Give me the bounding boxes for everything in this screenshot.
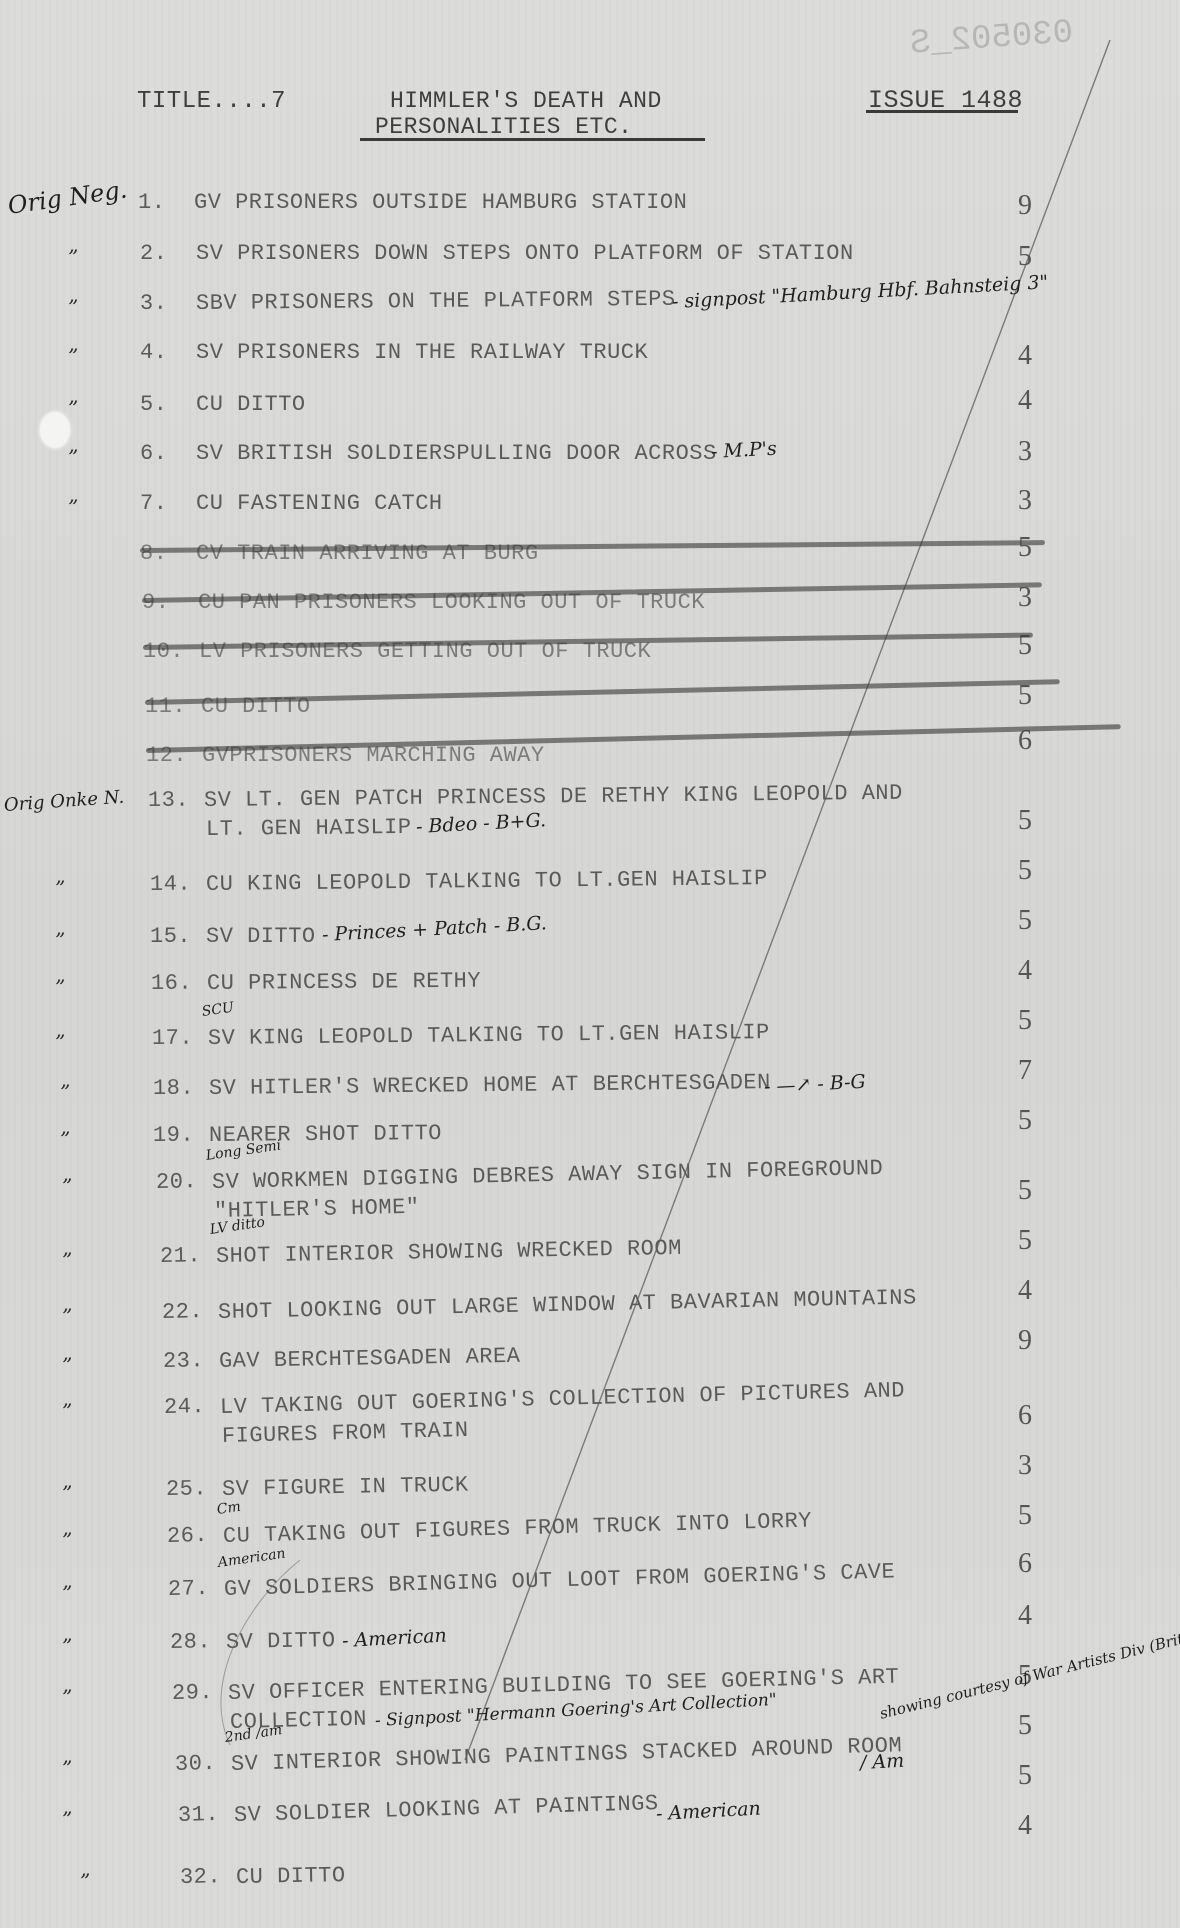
item-duration: 9 <box>1018 190 1032 222</box>
item-description-cont: LT. GEN HAISLIP <box>206 815 412 842</box>
ditto-mark: ” <box>68 245 78 269</box>
ditto-mark: ” <box>62 1685 72 1709</box>
ditto-mark: ” <box>62 1304 72 1328</box>
item-description: SV BRITISH SOLDIERSPULLING DOOR ACROSS <box>196 441 717 466</box>
item-description: CU FASTENING CATCH <box>196 491 443 516</box>
item-description: SV DITTO <box>226 1628 336 1655</box>
item-number: 5. <box>140 392 167 417</box>
item-duration: 7 <box>1018 1055 1032 1087</box>
ditto-mark: ” <box>68 495 78 519</box>
item-duration: 5 <box>1018 1710 1032 1742</box>
item-number: 28. <box>170 1629 212 1655</box>
ditto-mark: ” <box>62 1634 72 1658</box>
item-number: 19. <box>153 1123 194 1148</box>
item-duration: 5 <box>1018 1225 1032 1257</box>
item-description: CU DITTO <box>236 1863 346 1890</box>
item-duration: 6 <box>1018 1548 1032 1580</box>
ditto-mark: ” <box>68 295 78 319</box>
ditto-mark: ” <box>55 1030 65 1054</box>
item-description: CU PRINCESS DE RETHY <box>207 969 481 996</box>
item-duration: 6 <box>1018 1400 1032 1432</box>
item-description: SBV PRISONERS ON THE PLATFORM STEPS <box>196 287 676 316</box>
item-duration: 5 <box>1018 1005 1032 1037</box>
handwritten-annotation: / Am <box>859 1750 904 1774</box>
ditto-mark: ” <box>62 1248 72 1272</box>
item-number: 6. <box>140 441 167 466</box>
item-description: CU DITTO <box>196 392 306 417</box>
item-description: SV PRISONERS DOWN STEPS ONTO PLATFORM OF… <box>196 241 854 266</box>
item-number: 27. <box>168 1576 210 1602</box>
item-description: SV FIGURE IN TRUCK <box>222 1473 469 1502</box>
ditto-mark: ” <box>55 975 65 999</box>
item-description: SV DITTO <box>206 924 316 949</box>
ditto-mark: ” <box>62 1581 72 1605</box>
ditto-mark: ” <box>62 1528 72 1552</box>
ditto-mark: ” <box>62 1399 72 1423</box>
subject-line-1: HIMMLER'S DEATH AND <box>390 88 662 114</box>
item-duration: 5 <box>1018 532 1032 564</box>
item-duration: 3 <box>1018 436 1032 468</box>
item-number: 8. <box>140 541 167 566</box>
item-number: 16. <box>151 971 192 996</box>
item-duration: 3 <box>1018 1450 1032 1482</box>
item-number: 14. <box>150 872 191 897</box>
issue-underline <box>866 110 1018 113</box>
item-number: 15. <box>150 924 191 949</box>
ditto-mark: ” <box>62 1174 72 1198</box>
subject-line-2: PERSONALITIES ETC. <box>375 114 632 140</box>
item-duration: 5 <box>1018 805 1032 837</box>
subject-underline <box>360 138 705 141</box>
item-number: 18. <box>153 1076 194 1101</box>
item-number: 11. <box>145 694 186 719</box>
ditto-mark: ” <box>62 1807 72 1831</box>
handwritten-correction: Cm <box>216 1499 242 1518</box>
item-description: SV PRISONERS IN THE RAILWAY TRUCK <box>196 340 648 365</box>
item-number: 20. <box>156 1169 198 1195</box>
item-duration: 4 <box>1018 1275 1032 1307</box>
item-duration: 4 <box>1018 340 1032 372</box>
item-duration: 5 <box>1018 1500 1032 1532</box>
item-number: 17. <box>152 1026 193 1051</box>
item-number: 31. <box>178 1802 220 1828</box>
item-duration: 5 <box>1018 241 1032 273</box>
ditto-mark: ” <box>80 1869 90 1893</box>
item-duration: 5 <box>1018 1175 1032 1207</box>
item-number: 13. <box>148 788 189 813</box>
ditto-mark: ” <box>55 876 65 900</box>
item-number: 7. <box>140 491 167 516</box>
item-number: 22. <box>162 1299 204 1325</box>
item-duration: 3 <box>1018 485 1032 517</box>
item-duration: 4 <box>1018 385 1032 417</box>
item-number: 10. <box>143 639 184 664</box>
item-number: 21. <box>160 1243 202 1269</box>
item-number: 1. <box>138 190 165 215</box>
item-duration: 5 <box>1018 905 1032 937</box>
item-number: 3. <box>140 291 168 316</box>
item-number: 30. <box>175 1751 217 1777</box>
item-number: 32. <box>180 1864 222 1890</box>
ditto-mark: ” <box>68 344 78 368</box>
item-duration: 4 <box>1018 955 1032 987</box>
item-description: GV PRISONERS OUTSIDE HAMBURG STATION <box>194 190 687 215</box>
item-number: 2. <box>140 241 167 266</box>
ditto-mark: ” <box>68 396 78 420</box>
item-number: 26. <box>167 1523 209 1549</box>
item-duration: 4 <box>1018 1600 1032 1632</box>
item-number: 24. <box>164 1394 206 1420</box>
item-duration: 4 <box>1018 1810 1032 1842</box>
item-duration: 5 <box>1018 1105 1032 1137</box>
ditto-mark: ” <box>68 445 78 469</box>
item-number: 29. <box>172 1680 214 1706</box>
ditto-mark: ” <box>55 928 65 952</box>
title-label: TITLE....7 <box>137 88 286 115</box>
ditto-mark: ” <box>62 1481 72 1505</box>
item-description: GAV BERCHTESGADEN AREA <box>219 1344 521 1374</box>
ditto-mark: ” <box>60 1127 70 1151</box>
ditto-mark: ” <box>62 1353 72 1377</box>
item-duration: 9 <box>1018 1325 1032 1357</box>
handwritten-annotation: - M.P's <box>711 438 778 463</box>
item-duration: 5 <box>1018 1760 1032 1792</box>
item-number: 23. <box>163 1348 205 1374</box>
ditto-mark: ” <box>60 1080 70 1104</box>
document-page: 030502_S TITLE....7 HIMMLER'S DEATH AND … <box>0 0 1180 1928</box>
item-number: 25. <box>166 1476 208 1502</box>
punch-hole <box>40 412 70 448</box>
ditto-mark: ” <box>62 1756 72 1780</box>
item-duration: 5 <box>1018 855 1032 887</box>
item-number: 4. <box>140 340 167 365</box>
